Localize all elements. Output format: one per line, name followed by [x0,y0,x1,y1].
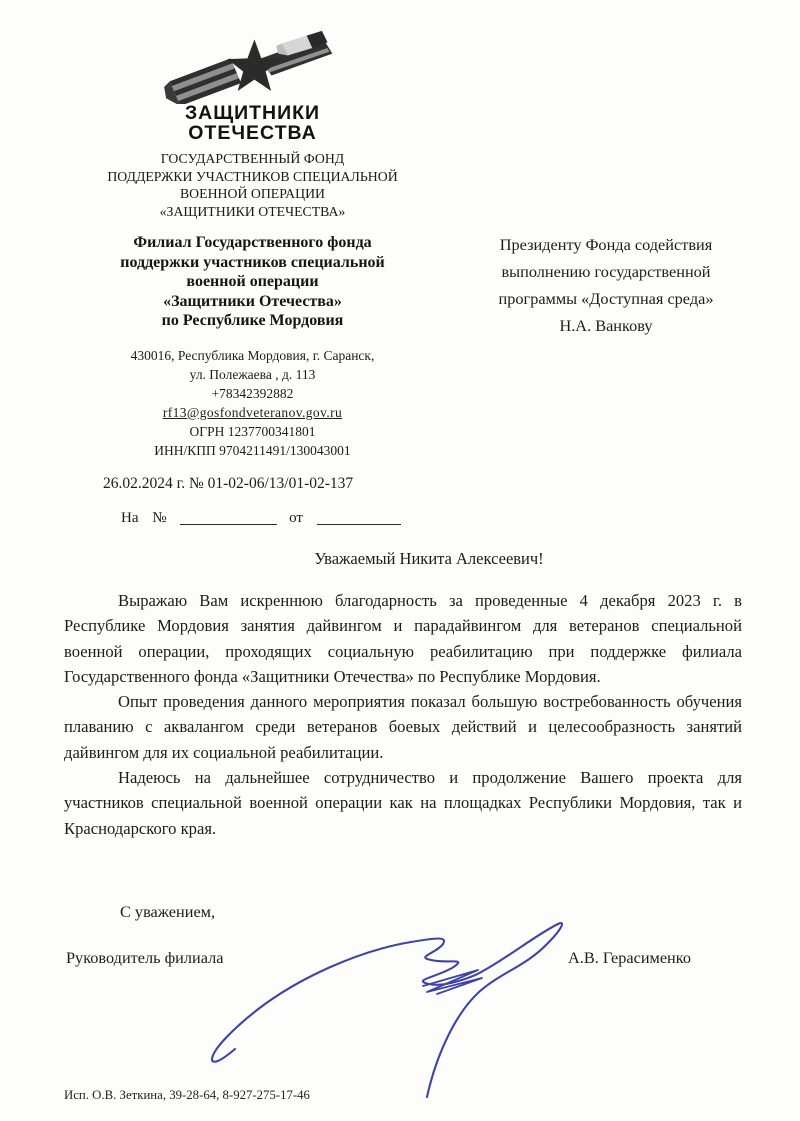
fund-name-line: «ЗАЩИТНИКИ ОТЕЧЕСТВА» [55,203,450,221]
recipient-line: Президенту Фонда содействия [440,231,772,258]
fund-name-line: ГОСУДАРСТВЕННЫЙ ФОНД [55,150,450,168]
body-paragraph: Надеюсь на дальнейшее сотрудничество и п… [64,765,742,841]
branch-name-line: военной операции [55,272,450,292]
signer-name: А.В. Герасименко [568,948,691,968]
address-line: ул. Полежаева , д. 113 [55,365,450,384]
reply-label-na: На [121,510,139,526]
date-number-line: 26.02.2024 г. № 01-02-06/13/01-02-137 [55,475,450,493]
fund-name: ГОСУДАРСТВЕННЫЙ ФОНД ПОДДЕРЖКИ УЧАСТНИКО… [55,150,450,220]
email-address: rf13@gosfondveteranov.gov.ru [55,403,450,422]
fund-name-line: ВОЕННОЙ ОПЕРАЦИИ [55,185,450,203]
logo-caption: ЗАЩИТНИКИ ОТЕЧЕСТВА [55,104,450,143]
body-paragraph: Выражаю Вам искреннюю благодарность за п… [64,588,742,689]
branch-name-line: по Республике Мордовия [55,311,450,331]
branch-name-line: «Защитники Отечества» [55,292,450,312]
star-ribbon-logo-icon [160,28,345,104]
recipient-line: выполнению государственной [440,258,772,285]
ribbon-left-band [164,58,241,104]
ribbon-right-band [261,31,332,76]
reply-reference-line: На № от [55,508,450,527]
reply-date-blank [317,511,401,525]
closing-salutation: С уважением, [120,902,215,922]
recipient-block: Президенту Фонда содействия выполнению г… [440,231,772,339]
phone-number: +78342392882 [55,384,450,403]
branch-name-line: поддержки участников специальной [55,253,450,273]
address-line: 430016, Республика Мордовия, г. Саранск, [55,346,450,365]
address-block: 430016, Республика Мордовия, г. Саранск,… [55,346,450,460]
inn-kpp-number: ИНН/КПП 9704211491/130043001 [55,441,450,460]
reply-label-no: № [152,510,166,526]
reply-number-blank [180,511,277,525]
ogrn-number: ОГРН 1237700341801 [55,422,450,441]
reply-label-ot: от [289,510,303,526]
branch-name: Филиал Государственного фонда поддержки … [55,233,450,331]
recipient-name: Н.А. Ванкову [440,312,772,339]
letterhead: ЗАЩИТНИКИ ОТЕЧЕСТВА ГОСУДАРСТВЕННЫЙ ФОНД… [55,28,450,527]
body-paragraph: Опыт проведения данного мероприятия пока… [64,689,742,765]
scanned-letter-page: ЗАЩИТНИКИ ОТЕЧЕСТВА ГОСУДАРСТВЕННЫЙ ФОНД… [0,0,800,1121]
logo-title-line2: ОТЕЧЕСТВА [55,124,450,144]
recipient-line: программы «Доступная среда» [440,285,772,312]
salutation: Уважаемый Никита Алексеевич! [90,549,768,569]
handwritten-signature [185,913,580,1108]
branch-name-line: Филиал Государственного фонда [55,233,450,253]
fund-name-line: ПОДДЕРЖКИ УЧАСТНИКОВ СПЕЦИАЛЬНОЙ [55,168,450,186]
letter-body: Выражаю Вам искреннюю благодарность за п… [64,588,742,841]
executor-line: Исп. О.В. Зеткина, 39-28-64, 8-927-275-1… [64,1088,310,1103]
signer-title: Руководитель филиала [66,948,223,968]
logo-title-line1: ЗАЩИТНИКИ [55,104,450,124]
